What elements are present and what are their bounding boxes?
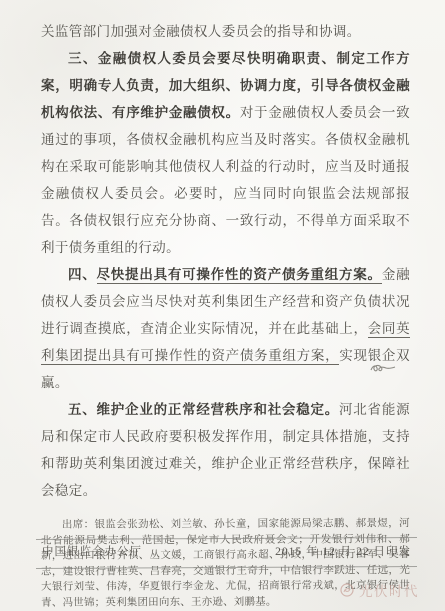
intro-continuation-line: 关监管部门加强对金融债权人委员会的指导和协调。 bbox=[41, 18, 410, 45]
section-three-paragraph: 三、金融债权人委员会要尽快明确职责、制定工作方案，明确专人负责，加大组织、协调力… bbox=[41, 45, 410, 261]
print-date-label: 2015 年 12 月 22 日印发 bbox=[275, 543, 411, 559]
section-five-paragraph: 五、维护企业的正常经营秩序和社会稳定。河北省能源局和保定市人民政府要积极发挥作用… bbox=[41, 396, 410, 504]
section-five-directive: 五、维护企业的正常经营秩序和社会稳定。 bbox=[68, 402, 339, 417]
handwritten-scribble-icon bbox=[370, 363, 396, 373]
watermark-text: 光伏时代 bbox=[359, 580, 419, 600]
section-four-number: 四、 bbox=[68, 267, 97, 282]
watermark: 光伏时代 bbox=[340, 580, 419, 600]
issuing-office-label: 中国银监会办公厅 bbox=[42, 543, 142, 559]
section-four-paragraph: 四、尽快提出具有可操作性的资产债务重组方案。金融债权人委员会应当尽快对英利集团生… bbox=[41, 261, 410, 396]
section-four-directive-underlined: 尽快提出具有可操作性的资产债务重组方案。 bbox=[97, 267, 382, 284]
watermark-logo-icon bbox=[340, 583, 354, 597]
document-body: 关监管部门加强对金融债权人委员会的指导和协调。 三、金融债权人委员会要尽快明确职… bbox=[41, 18, 410, 610]
document-footer: 中国银监会办公厅 2015 年 12 月 22 日印发 bbox=[36, 538, 417, 568]
intro-text: 关监管部门加强对金融债权人委员会的指导和协调。 bbox=[41, 24, 361, 39]
section-three-body: 对于金融债权人委员会一致通过的事项，各债权金融机构应当及时落实。各债权金融机构在… bbox=[41, 105, 410, 255]
footer-row: 中国银监会办公厅 2015 年 12 月 22 日印发 bbox=[36, 539, 417, 561]
scanned-document-page: 关监管部门加强对金融债权人委员会的指导和协调。 三、金融债权人委员会要尽快明确职… bbox=[0, 0, 445, 611]
